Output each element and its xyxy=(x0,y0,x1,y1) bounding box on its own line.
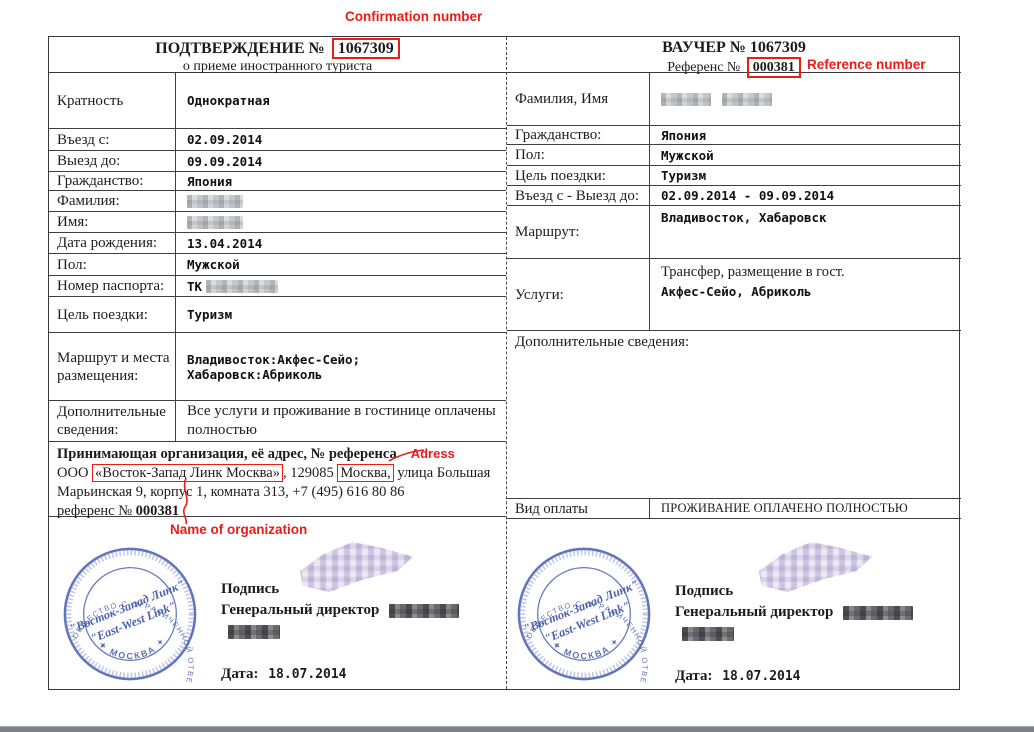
scanned-tourist-voucher-document: Confirmation number ПОДТВЕРЖДЕНИЕ № 1067… xyxy=(0,0,1034,732)
voucher-extra-info-box: Дополнительные сведения: xyxy=(507,331,961,499)
director-label: Генеральный директор xyxy=(221,602,379,618)
signature-text-block: Подпись Генеральный директор Дата: 18.07… xyxy=(675,581,961,687)
payment-row: Вид оплаты ПРОЖИВАНИЕ ОПЛАЧЕНО ПОЛНОСТЬЮ xyxy=(507,499,961,519)
table-row: Дополнительные сведения: Все услуги и пр… xyxy=(49,401,506,442)
row-label: Кратность xyxy=(49,73,176,128)
services-line2: Акфес-Сейо, Абриколь xyxy=(661,282,812,301)
redacted-director-name xyxy=(389,604,459,618)
row-label: Имя: xyxy=(49,212,176,232)
table-row: Въезд с - Выезд до: 02.09.2014 - 09.09.2… xyxy=(507,186,961,206)
table-row: Въезд с: 02.09.2014 xyxy=(49,129,506,151)
organization-name-highlight: «Восток-Запад Линк Москва» xyxy=(92,464,283,482)
redacted-surname xyxy=(661,93,711,106)
table-row: Маршрут и места размещения: Владивосток:… xyxy=(49,333,506,401)
signature-label: Подпись xyxy=(675,581,961,602)
confirmation-number-highlight: 1067309 xyxy=(332,38,400,59)
row-value xyxy=(176,212,506,232)
row-value: Владивосток, Хабаровск xyxy=(650,206,961,258)
row-value: Все услуги и проживание в гостинице опла… xyxy=(176,401,506,441)
table-row: Цель поездки: Туризм xyxy=(507,166,961,186)
table-row: Услуги: Трансфер, размещение в гост. Акф… xyxy=(507,259,961,331)
row-label: Цель поездки: xyxy=(507,166,650,185)
redacted-given-name xyxy=(722,93,772,106)
director-label: Генеральный директор xyxy=(675,604,833,620)
date-label: Дата: xyxy=(675,668,712,684)
services-line1: Трансфер, размещение в гост. xyxy=(661,263,845,282)
table-row: Маршрут: Владивосток, Хабаровск xyxy=(507,206,961,259)
row-value: Туризм xyxy=(650,166,961,185)
row-label: Выезд до: xyxy=(49,151,176,171)
confirmation-signature-area: ОБЩЕСТВО С ОГРАНИЧЕННОЙ ОТВЕТСТВЕННОСТЬЮ… xyxy=(49,517,506,691)
address-annotation: Adress xyxy=(411,446,455,461)
row-label: Услуги: xyxy=(507,259,650,330)
organization-round-stamp: ОБЩЕСТВО С ОГРАНИЧЕННОЙ ОТВЕТСТВЕННОСТЬЮ… xyxy=(61,545,199,683)
redacted-given-name xyxy=(187,216,243,229)
signature-text-block: Подпись Генеральный директор Дата: 18.07… xyxy=(221,579,506,685)
voucher-title: ВАУЧЕР № 1067309 xyxy=(507,37,961,57)
date-line: Дата: 18.07.2014 xyxy=(675,666,961,687)
redacted-director-surname xyxy=(682,627,734,641)
row-value: Трансфер, размещение в гост. Акфес-Сейо,… xyxy=(650,259,961,330)
confirmation-table: Кратность Однократная Въезд с: 02.09.201… xyxy=(49,73,506,442)
table-row: Гражданство: Япония xyxy=(507,126,961,145)
table-row: Гражданство: Япония xyxy=(49,172,506,191)
confirmation-title: ПОДТВЕРЖДЕНИЕ № 1067309 xyxy=(49,37,506,59)
organization-round-stamp: ОБЩЕСТВО С ОГРАНИЧЕННОЙ ОТВЕТСТВЕННОСТЬЮ… xyxy=(515,545,653,683)
row-label: Дополнительные сведения: xyxy=(49,401,176,441)
table-row: Фамилия, Имя xyxy=(507,73,961,126)
row-value: Однократная xyxy=(176,73,506,128)
row-value: Туризм xyxy=(176,297,506,332)
heading-text: Принимающая организация, её адрес, № реф… xyxy=(57,446,397,462)
row-value: Владивосток:Акфес-Сейо; Хабаровск:Абрико… xyxy=(176,333,506,400)
row-label: Дата рождения: xyxy=(49,233,176,253)
city-highlight: Москва, xyxy=(337,464,393,482)
row-label: Пол: xyxy=(49,254,176,275)
table-row: Номер паспорта: ТК xyxy=(49,276,506,297)
row-value xyxy=(650,73,961,125)
row-label: Номер паспорта: xyxy=(49,276,176,296)
table-row: Выезд до: 09.09.2014 xyxy=(49,151,506,172)
director-line: Генеральный директор xyxy=(221,600,506,642)
table-row: Пол: Мужской xyxy=(507,145,961,166)
organization-name-annotation: Name of organization xyxy=(170,522,307,537)
voucher-header: ВАУЧЕР № 1067309 Референс № 000381 Refer… xyxy=(507,37,961,73)
org-street: улица Большая xyxy=(397,465,490,481)
voucher-table: Фамилия, Имя Гражданство: Япония Пол: Му… xyxy=(507,73,961,331)
row-value: 09.09.2014 xyxy=(176,151,506,171)
row-value: Япония xyxy=(176,172,506,190)
row-value: Япония xyxy=(650,126,961,144)
host-organization-block: Принимающая организация, её адрес, № реф… xyxy=(49,442,506,517)
date-value: 18.07.2014 xyxy=(268,667,346,682)
table-row: Имя: xyxy=(49,212,506,233)
row-label: Пол: xyxy=(507,145,650,165)
document-sheet: ПОДТВЕРЖДЕНИЕ № 1067309 о приеме иностра… xyxy=(48,36,960,690)
table-row: Цель поездки: Туризм xyxy=(49,297,506,333)
row-value: 02.09.2014 - 09.09.2014 xyxy=(650,186,961,205)
host-organization-line2: Марьинская 9, корпус 1, комната 313, +7 … xyxy=(57,483,498,502)
row-label: Въезд с - Выезд до: xyxy=(507,186,650,205)
org-prefix: ООО xyxy=(57,465,88,481)
row-label: Фамилия: xyxy=(49,191,176,211)
host-organization-heading: Принимающая организация, её адрес, № реф… xyxy=(57,444,498,464)
row-value xyxy=(176,191,506,211)
reference-number-annotation: Reference number xyxy=(807,57,926,72)
org-postcode: , 129085 xyxy=(283,465,334,481)
confirmation-number-annotation: Confirmation number xyxy=(345,9,482,24)
confirmation-title-prefix: ПОДТВЕРЖДЕНИЕ № xyxy=(155,40,324,57)
confirmation-header: ПОДТВЕРЖДЕНИЕ № 1067309 о приеме иностра… xyxy=(49,37,506,73)
row-label: Гражданство: xyxy=(507,126,650,144)
row-value: 13.04.2014 xyxy=(176,233,506,253)
payment-value: ПРОЖИВАНИЕ ОПЛАЧЕНО ПОЛНОСТЬЮ xyxy=(650,499,961,518)
table-row: Пол: Мужской xyxy=(49,254,506,276)
redacted-surname xyxy=(187,195,243,208)
table-row: Фамилия: xyxy=(49,191,506,212)
director-line: Генеральный директор xyxy=(675,602,961,644)
row-value: Мужской xyxy=(650,145,961,165)
passport-prefix: ТК xyxy=(187,279,202,294)
signature-label: Подпись xyxy=(221,579,506,600)
confirmation-subtitle: о приеме иностранного туриста xyxy=(49,59,506,74)
row-label: Цель поездки: xyxy=(49,297,176,332)
row-label: Въезд с: xyxy=(49,129,176,150)
date-line: Дата: 18.07.2014 xyxy=(221,664,506,685)
row-value: ТК xyxy=(176,276,506,296)
row-value: Мужской xyxy=(176,254,506,275)
redacted-director-surname xyxy=(228,625,280,639)
page-bottom-edge xyxy=(0,726,1034,732)
row-label: Фамилия, Имя xyxy=(507,73,650,125)
row-label: Маршрут и места размещения: xyxy=(49,333,176,400)
row-label: Маршрут: xyxy=(507,206,650,258)
confirmation-section: ПОДТВЕРЖДЕНИЕ № 1067309 о приеме иностра… xyxy=(49,37,506,689)
voucher-section: ВАУЧЕР № 1067309 Референс № 000381 Refer… xyxy=(506,37,961,689)
voucher-signature-area: ОБЩЕСТВО С ОГРАНИЧЕННОЙ ОТВЕТСТВЕННОСТЬЮ… xyxy=(507,519,961,691)
extra-info-label: Дополнительные сведения: xyxy=(515,334,689,350)
row-value: 02.09.2014 xyxy=(176,129,506,150)
table-row: Кратность Однократная xyxy=(49,73,506,129)
date-value: 18.07.2014 xyxy=(722,669,800,684)
table-row: Дата рождения: 13.04.2014 xyxy=(49,233,506,254)
redacted-director-name xyxy=(843,606,913,620)
redacted-passport-number xyxy=(206,280,278,293)
date-label: Дата: xyxy=(221,666,258,682)
row-label: Гражданство: xyxy=(49,172,176,190)
payment-label: Вид оплаты xyxy=(507,499,650,518)
host-organization-line1: ООО «Восток-Запад Линк Москва», 129085 М… xyxy=(57,464,498,483)
